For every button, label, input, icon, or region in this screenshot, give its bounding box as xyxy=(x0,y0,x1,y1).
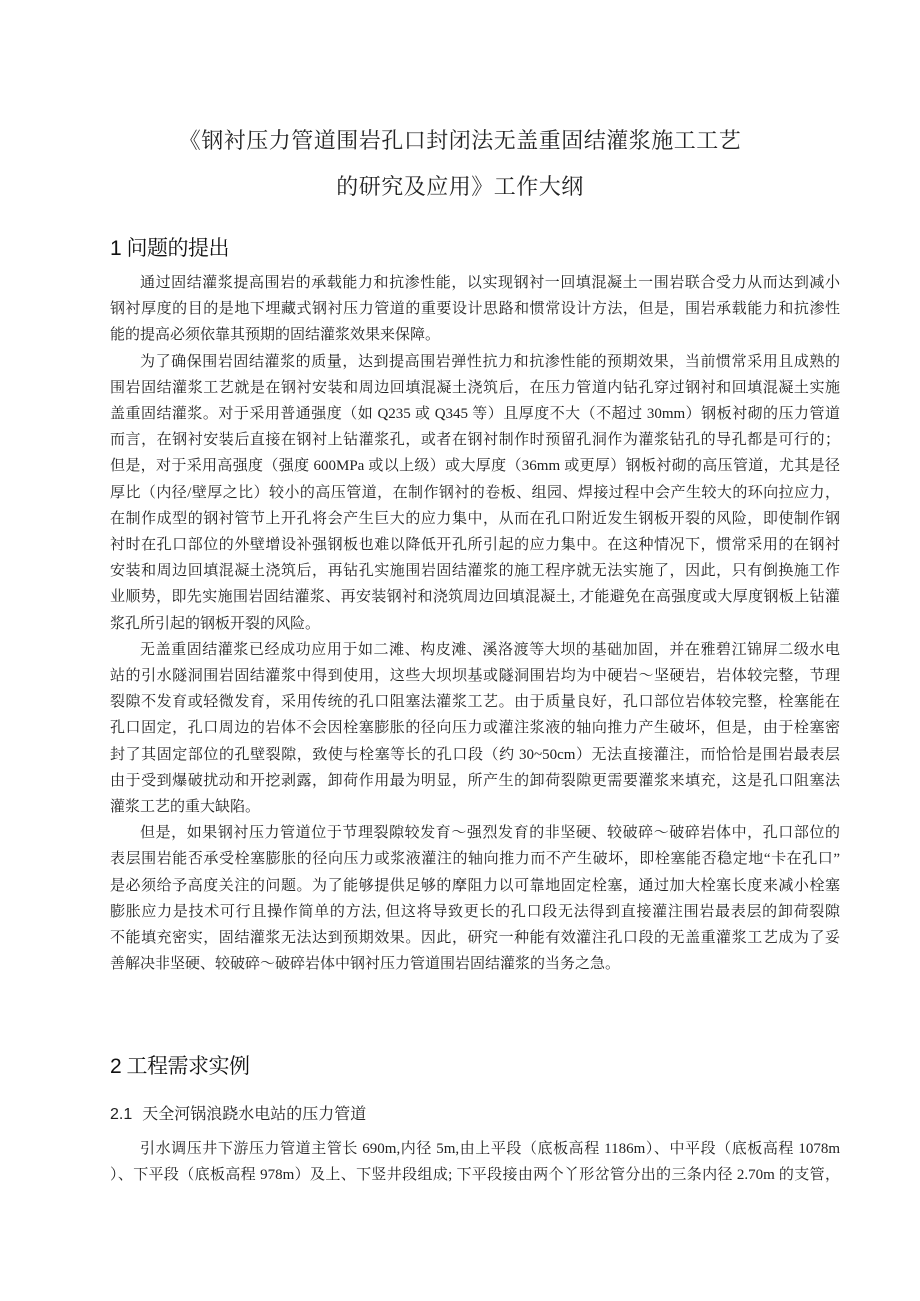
paragraph-line: 站的引水隧洞围岩固结灌浆中得到使用，这些大坝坝基或隧洞围岩均为中硬岩～坚硬岩，岩… xyxy=(110,663,840,689)
document-title-line-2: 的研究及应用》工作大纲 xyxy=(0,170,920,201)
paragraph-line: 在制作成型的钢衬管节上开孔将会产生巨大的应力集中，从而在孔口附近发生钢板开裂的风… xyxy=(110,506,840,532)
paragraph-line: 衬时在孔口部位的外壁增设补强钢板也难以降低开孔所引起的应力集中。在这种情况下，惯… xyxy=(110,532,840,558)
paragraph-line: 但是，如果钢衬压力管道位于节理裂隙较发育～强烈发育的非坚硬、较破碎～破碎岩体中，… xyxy=(110,820,840,846)
paragraph-line: 业顺势，即先实施围岩固结灌浆、再安装钢衬和浇筑周边回填混凝土, 才能避免在高强度… xyxy=(110,584,840,610)
document-page: 《钢衬压力管道围岩孔口封闭法无盖重固结灌浆施工工艺 的研究及应用》工作大纲 1 … xyxy=(0,0,920,1301)
paragraph-line: 浆孔所引起的钢板开裂的风险。 xyxy=(110,611,840,637)
paragraph-line: 表层围岩能否承受栓塞膨胀的径向压力或浆液灌注的轴向推力而不产生破坏，即栓塞能否稳… xyxy=(110,846,840,872)
section-heading-2: 2 工程需求实例 xyxy=(110,1050,250,1080)
paragraph-line: 安装和周边回填混凝土浇筑后，再钻孔实施围岩固结灌浆的施工程序就无法实施了，因此，… xyxy=(110,558,840,584)
subsection-number: 2.1 xyxy=(110,1106,132,1123)
subsection-title: 天全河锅浪跷水电站的压力管道 xyxy=(142,1104,366,1123)
paragraph-line: 是必须给予高度关注的问题。为了能够提供足够的摩阻力以可靠地固定栓塞，通过加大栓塞… xyxy=(110,873,840,899)
paragraph-line: ）、下平段（底板高程 978m）及上、下竖井段组成; 下平段接由两个丫形岔管分出… xyxy=(110,1162,840,1188)
paragraph-line: 引水调压井下游压力管道主管长 690m,内径 5m,由上平段（底板高程 1186… xyxy=(110,1136,840,1162)
subsection-heading-2-1: 2.1天全河锅浪跷水电站的压力管道 xyxy=(110,1101,366,1124)
paragraph-line: 由于受到爆破扰动和开挖剥露，卸荷作用最为明显，所产生的卸荷裂隙更需要灌浆来填充，… xyxy=(110,768,840,794)
document-title-line-1: 《钢衬压力管道围岩孔口封闭法无盖重固结灌浆施工工艺 xyxy=(0,124,920,155)
paragraph-line: 厚比（内径/壁厚之比）较小的高压管道，在制作钢衬的卷板、组园、焊接过程中会产生较… xyxy=(110,480,840,506)
paragraph-line: 盖重固结灌浆。对于采用普通强度（如 Q235 或 Q345 等）且厚度不大（不超… xyxy=(110,401,840,427)
paragraph-line: 不能填充密实，固结灌浆无法达到预期效果。因此，研究一种能有效灌注孔口段的无盖重灌… xyxy=(110,925,840,951)
subsection-2-1-body: 引水调压井下游压力管道主管长 690m,内径 5m,由上平段（底板高程 1186… xyxy=(110,1136,840,1188)
paragraph-line: 但是，对于采用高强度（强度 600MPa 或以上级）或大厚度（36mm 或更厚）… xyxy=(110,453,840,479)
paragraph-line: 孔口固定，孔口周边的岩体不会因栓塞膨胀的径向压力或灌注浆液的轴向推力产生破坏，但… xyxy=(110,715,840,741)
paragraph-line: 裂隙不发育或轻微发育，采用传统的孔口阻塞法灌浆工艺。由于质量良好，孔口部位岩体较… xyxy=(110,689,840,715)
paragraph-line: 钢衬厚度的目的是地下埋藏式钢衬压力管道的重要设计思路和惯常设计方法，但是，围岩承… xyxy=(110,296,840,322)
paragraph-line: 能的提高必须依靠其预期的固结灌浆效果来保障。 xyxy=(110,322,840,348)
paragraph-line: 无盖重固结灌浆已经成功应用于如二滩、构皮滩、溪洛渡等大坝的基础加固，并在雅碧江锦… xyxy=(110,637,840,663)
paragraph-line: 膨胀应力是技术可行且操作简单的方法, 但这将导致更长的孔口段无法得到直接灌注围岩… xyxy=(110,899,840,925)
paragraph-line: 封了其固定部位的孔壁裂隙，致使与栓塞等长的孔口段（约 30~50cm）无法直接灌… xyxy=(110,742,840,768)
paragraph-line: 为了确保围岩固结灌浆的质量，达到提高围岩弹性抗力和抗渗性能的预期效果，当前惯常采… xyxy=(110,349,840,375)
paragraph-line: 灌浆工艺的重大缺陷。 xyxy=(110,794,840,820)
section-heading-1: 1 问题的提出 xyxy=(110,232,229,262)
section-1-body: 通过固结灌浆提高围岩的承载能力和抗渗性能，以实现钢衬一回填混凝土一围岩联合受力从… xyxy=(110,270,840,977)
paragraph-line: 围岩固结灌浆工艺就是在钢衬安装和周边回填混凝土浇筑后，在压力管道内钻孔穿过钢衬和… xyxy=(110,375,840,401)
paragraph-line: 而言，在钢衬安装后直接在钢衬上钻灌浆孔，或者在钢衬制作时预留孔洞作为灌浆钻孔的导… xyxy=(110,427,840,453)
paragraph-line: 善解决非坚硬、较破碎～破碎岩体中钢衬压力管道围岩固结灌浆的当务之急。 xyxy=(110,951,840,977)
paragraph-line: 通过固结灌浆提高围岩的承载能力和抗渗性能，以实现钢衬一回填混凝土一围岩联合受力从… xyxy=(110,270,840,296)
